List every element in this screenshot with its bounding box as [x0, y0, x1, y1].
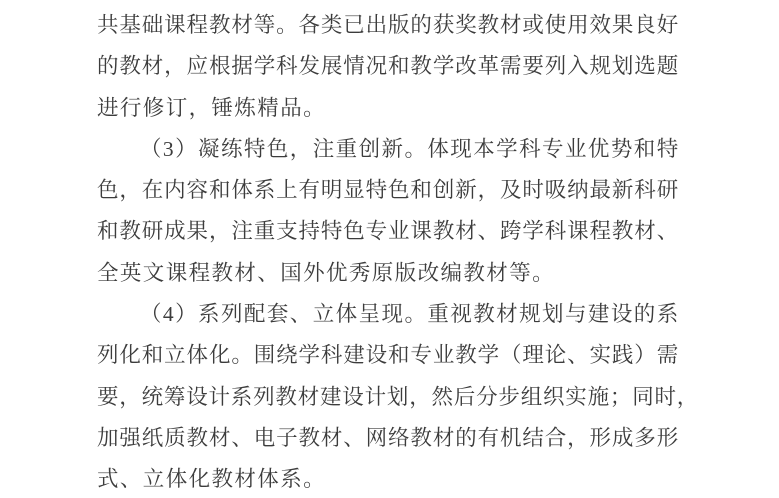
text-line: 共基础课程教材等。各类已出版的获奖教材或使用效果良好: [97, 5, 679, 46]
text-line: （3）凝练特色，注重创新。体现本学科专业优势和特: [97, 129, 679, 170]
text-line: 色，在内容和体系上有明显特色和创新，及时吸纳最新科研: [97, 170, 679, 211]
text-line: 进行修订，锤炼精品。: [97, 88, 679, 129]
text-line: 的教材，应根据学科发展情况和教学改革需要列入规划选题: [97, 46, 679, 87]
text-line: 全英文课程教材、国外优秀原版改编教材等。: [97, 253, 679, 294]
text-line: （4）系列配套、立体呈现。重视教材规划与建设的系: [97, 294, 679, 335]
text-line: 列化和立体化。围绕学科建设和专业教学（理论、实践）需: [97, 335, 679, 376]
text-line: 和教研成果，注重支持特色专业课教材、跨学科课程教材、: [97, 211, 679, 252]
text-line: 加强纸质教材、电子教材、网络教材的有机结合，形成多形: [97, 418, 679, 459]
text-line: 式、立体化教材体系。: [97, 459, 679, 498]
text-line: 要，统筹设计系列教材建设计划，然后分步组织实施；同时，: [97, 377, 679, 418]
document-page: 共基础课程教材等。各类已出版的获奖教材或使用效果良好 的教材，应根据学科发展情况…: [97, 5, 679, 498]
